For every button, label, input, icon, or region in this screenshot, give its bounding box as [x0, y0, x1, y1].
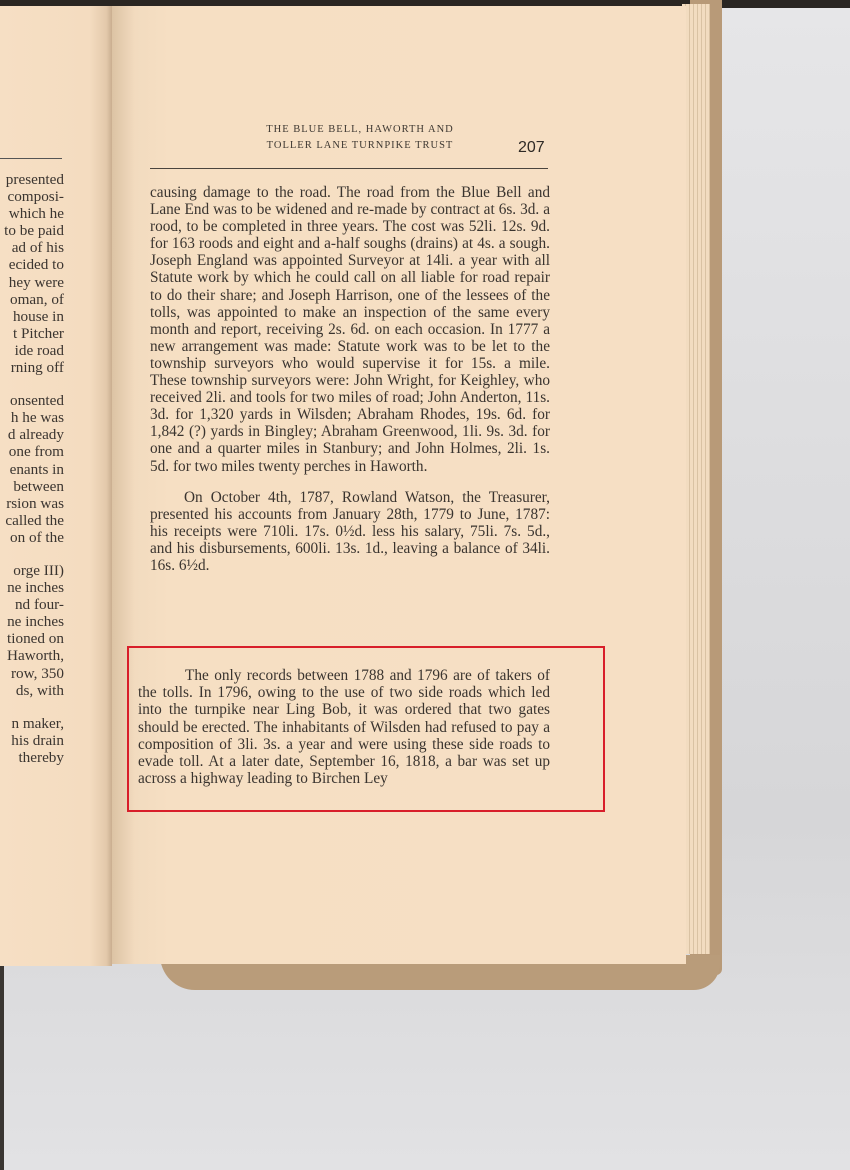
- left-fragment: ad of his: [0, 239, 64, 256]
- left-fragment: rsion was: [0, 495, 64, 512]
- left-fragment: ecided to: [0, 256, 64, 273]
- left-fragment: ne inches: [0, 579, 64, 596]
- running-head: THE BLUE BELL, HAWORTH AND TOLLER LANE T…: [210, 122, 510, 154]
- left-fragment: ne inches: [0, 613, 64, 630]
- left-fragment: on of the: [0, 529, 64, 546]
- left-fragment: called the: [0, 512, 64, 529]
- left-fragment: tioned on: [0, 630, 64, 647]
- left-fragment: ds, with: [0, 682, 64, 699]
- left-fragment: enants in: [0, 461, 64, 478]
- paragraph-2: On October 4th, 1787, Rowland Watson, th…: [150, 489, 550, 574]
- left-fragment: rning off: [0, 359, 64, 376]
- left-fragment: nd four-: [0, 596, 64, 613]
- left-fragment: one from: [0, 443, 64, 460]
- page-edges: [682, 4, 710, 954]
- left-fragment: h he was: [0, 409, 64, 426]
- left-fragment: Haworth,: [0, 647, 64, 664]
- scanner-edge-left: [0, 960, 4, 1170]
- left-fragment: row, 350: [0, 665, 64, 682]
- left-fragment: house in: [0, 308, 64, 325]
- left-fragment: t Pitcher: [0, 325, 64, 342]
- left-fragment: oman, of: [0, 291, 64, 308]
- left-fragment: thereby: [0, 749, 64, 766]
- left-fragment: d already: [0, 426, 64, 443]
- left-fragment: his drain: [0, 732, 64, 749]
- paragraph-1: causing damage to the road. The road fro…: [150, 184, 550, 475]
- left-page-text: presented composi- which he to be paid a…: [0, 171, 64, 766]
- left-fragment: composi-: [0, 188, 64, 205]
- left-fragment: ide road: [0, 342, 64, 359]
- left-fragment: between: [0, 478, 64, 495]
- left-fragment: which he: [0, 205, 64, 222]
- left-fragment: n maker,: [0, 715, 64, 732]
- running-head-line-1: THE BLUE BELL, HAWORTH AND: [210, 122, 510, 138]
- left-fragment: to be paid: [0, 222, 64, 239]
- left-fragment: onsented: [0, 392, 64, 409]
- left-fragment: presented: [0, 171, 64, 188]
- page-number: 207: [518, 139, 545, 157]
- left-fragment: orge III): [0, 562, 64, 579]
- paragraph-3-highlighted: The only records between 1788 and 1796 a…: [138, 667, 550, 787]
- left-page-rule: [0, 158, 62, 159]
- left-fragment: hey were: [0, 274, 64, 291]
- running-head-line-2: TOLLER LANE TURNPIKE TRUST: [210, 138, 510, 154]
- body-text: causing damage to the road. The road fro…: [150, 184, 550, 574]
- header-rule: [150, 168, 548, 169]
